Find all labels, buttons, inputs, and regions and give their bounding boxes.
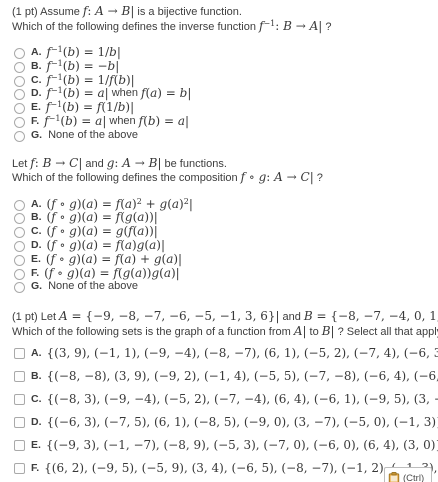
radio-button-G[interactable] [14, 282, 25, 293]
math-expression: f−1(b) = a| [44, 115, 106, 129]
question-3-graph-of-function-statement: (1 pt) LetA = {−9, −8, −7, −6, −5, −1, 3… [10, 310, 438, 339]
option-letter: E. [31, 101, 41, 115]
option-letter: B. [31, 211, 42, 225]
option-letter: F. [31, 461, 39, 475]
math-expression: (f ∘ g)(a) = f(g(a))| [47, 211, 158, 225]
question-3-graph-of-function-option-C: C.{(−8, 3), (−9, −4), (−5, 2), (−7, −4),… [10, 392, 438, 406]
radio-button-D[interactable] [14, 241, 25, 252]
question-1-inverse-function-option-E: E.f−1(b) = f(1/b)| [10, 101, 438, 115]
clipboard-icon [388, 472, 400, 482]
checkbox-B[interactable] [14, 371, 25, 382]
text-fragment: when [112, 87, 138, 101]
statement-line: (1 pt) Assumef: A → B|is a bijective fun… [10, 5, 438, 20]
radio-button-B[interactable] [14, 62, 25, 73]
text-fragment: when [109, 115, 135, 129]
question-1-inverse-function-option-C: C.f−1(b) = 1/f(b)| [10, 74, 438, 88]
statement-line: Which of the following defines the inver… [10, 20, 438, 35]
question-3-graph-of-function-option-B: B.{(−8, −8), (3, 9), (−9, 2), (−1, 4), (… [10, 369, 438, 383]
radio-button-E[interactable] [14, 103, 25, 114]
statement-line: (1 pt) LetA = {−9, −8, −7, −6, −5, −1, 3… [10, 310, 438, 325]
math-expression: f−1(b) = 1/f(b)| [47, 74, 135, 88]
text-fragment: None of the above [48, 280, 138, 294]
math-expression: {(−8, 3), (−9, −4), (−5, 2), (−7, −4), (… [47, 392, 438, 406]
radio-button-F[interactable] [14, 269, 25, 280]
question-3-graph-of-function-option-A: A.{(3, 9), (−1, 1), (−9, −4), (−8, −7), … [10, 346, 438, 360]
question-3-graph-of-function-option-E: E.{(−9, 3), (−1, −7), (−8, 9), (−5, 3), … [10, 438, 438, 452]
question-3-graph-of-function: (1 pt) LetA = {−9, −8, −7, −6, −5, −1, 3… [10, 310, 438, 475]
math-expression: f: B → C| [30, 156, 82, 170]
math-expression: f−1(b) = 1/b| [47, 46, 121, 60]
question-2-composition-option-B: B.(f ∘ g)(a) = f(g(a))| [10, 211, 438, 225]
option-letter: A. [31, 198, 42, 212]
math-expression: (f ∘ g)(a) = f(g(a))g(a)| [44, 267, 180, 281]
question-3-graph-of-function-option-F: F.{(6, 2), (−9, 5), (−5, 9), (3, 4), (−6… [10, 461, 438, 475]
statement-line: Which of the following defines the compo… [10, 171, 438, 186]
option-letter: C. [31, 225, 42, 239]
question-1-inverse-function-option-A: A.f−1(b) = 1/b| [10, 46, 438, 60]
text-fragment: (1 pt) Let [12, 311, 56, 323]
statement-line: Letf: B → C|andg: A → B|be functions. [10, 157, 438, 172]
radio-button-A[interactable] [14, 48, 25, 59]
option-letter: C. [31, 392, 42, 406]
math-expression: f−1: B → A| [259, 19, 322, 33]
text-fragment: to [310, 326, 319, 338]
text-fragment: Which of the following defines the compo… [12, 172, 238, 184]
question-2-composition: Letf: B → C|andg: A → B|be functions.Whi… [10, 157, 438, 295]
radio-button-G[interactable] [14, 131, 25, 142]
radio-button-E[interactable] [14, 255, 25, 266]
checkbox-C[interactable] [14, 394, 25, 405]
math-expression: B = {−8, −7, −4, 0, 1, 2, 3, 4, 5, 9}| [304, 309, 438, 323]
option-letter: E. [31, 253, 41, 267]
text-fragment: Which of the following sets is the graph… [12, 326, 291, 338]
question-1-inverse-function-option-G: G.None of the above [10, 129, 438, 143]
text-fragment: and [283, 311, 301, 323]
option-letter: D. [31, 239, 42, 253]
option-letter: F. [31, 115, 39, 129]
math-expression: (f ∘ g)(a) = f(a) + g(a)| [46, 253, 182, 267]
text-fragment: (1 pt) Assume [12, 6, 80, 18]
paste-options-label: (Ctrl) [403, 473, 424, 482]
question-1-inverse-function: (1 pt) Assumef: A → B|is a bijective fun… [10, 5, 438, 143]
text-fragment: ? Select all that apply. [338, 326, 438, 338]
radio-button-A[interactable] [14, 200, 25, 211]
math-expression: f ∘ g: A → C| [241, 170, 314, 184]
math-expression: A| [294, 324, 307, 338]
question-2-composition-statement: Letf: B → C|andg: A → B|be functions.Whi… [10, 157, 438, 186]
option-letter: E. [31, 438, 41, 452]
text-fragment: None of the above [48, 129, 138, 143]
statement-line: Which of the following sets is the graph… [10, 325, 438, 340]
checkbox-D[interactable] [14, 417, 25, 428]
math-expression: A = {−9, −8, −7, −6, −5, −1, 3, 6}| [59, 309, 279, 323]
radio-button-D[interactable] [14, 89, 25, 100]
math-expression: f−1(b) = −b| [47, 60, 120, 74]
webwork-problem-page: (1 pt) Assumef: A → B|is a bijective fun… [0, 0, 438, 482]
math-expression: {(−6, 3), (−7, 5), (6, 1), (−8, 5), (−9,… [47, 415, 438, 429]
option-letter: A. [31, 346, 42, 360]
paste-options-button[interactable]: (Ctrl) [384, 467, 432, 482]
option-letter: B. [31, 369, 42, 383]
text-fragment: ? [317, 172, 323, 184]
question-2-composition-option-A: A.(f ∘ g)(a) = f(a)2 + g(a)2| [10, 198, 438, 212]
math-expression: g: A → B| [107, 156, 162, 170]
math-expression: f: A → B| [83, 4, 135, 18]
math-expression: {(3, 9), (−1, 1), (−9, −4), (−8, −7), (6… [47, 346, 438, 360]
text-fragment: Which of the following defines the inver… [12, 21, 256, 33]
problems-container: (1 pt) Assumef: A → B|is a bijective fun… [10, 5, 438, 475]
text-fragment: be functions. [165, 158, 227, 170]
text-fragment: Let [12, 158, 27, 170]
math-expression: f(a) = b| [141, 87, 191, 101]
math-expression: f(b) = a| [139, 115, 189, 129]
question-3-graph-of-function-option-D: D.{(−6, 3), (−7, 5), (6, 1), (−8, 5), (−… [10, 415, 438, 429]
option-letter: F. [31, 267, 39, 281]
option-letter: D. [31, 415, 42, 429]
option-letter: G. [31, 129, 42, 143]
text-fragment: is a bijective function. [137, 6, 242, 18]
question-3-graph-of-function-options: A.{(3, 9), (−1, 1), (−9, −4), (−8, −7), … [10, 346, 438, 475]
checkbox-E[interactable] [14, 440, 25, 451]
radio-button-F[interactable] [14, 117, 25, 128]
checkbox-A[interactable] [14, 348, 25, 359]
radio-button-C[interactable] [14, 76, 25, 87]
math-expression: (f ∘ g)(a) = f(a)g(a)| [47, 239, 166, 253]
question-1-inverse-function-statement: (1 pt) Assumef: A → B|is a bijective fun… [10, 5, 438, 34]
question-1-inverse-function-option-B: B.f−1(b) = −b| [10, 60, 438, 74]
checkbox-F[interactable] [14, 463, 25, 474]
math-expression: (f ∘ g)(a) = g(f(a))| [47, 225, 158, 239]
option-letter: A. [31, 46, 42, 60]
option-letter: G. [31, 280, 42, 294]
question-1-inverse-function-options: A.f−1(b) = 1/b|B.f−1(b) = −b|C.f−1(b) = … [10, 46, 438, 143]
math-expression: f−1(b) = f(1/b)| [46, 101, 134, 115]
question-1-inverse-function-option-D: D.f−1(b) = a|whenf(a) = b| [10, 87, 438, 101]
question-2-composition-option-C: C.(f ∘ g)(a) = g(f(a))| [10, 225, 438, 239]
math-expression: B| [322, 324, 335, 338]
option-letter: B. [31, 60, 42, 74]
math-expression: {(6, 2), (−9, 5), (−5, 9), (3, 4), (−6, … [44, 461, 438, 475]
math-expression: {(−8, −8), (3, 9), (−9, 2), (−1, 4), (−5… [47, 369, 438, 383]
text-fragment: and [85, 158, 103, 170]
question-1-inverse-function-option-F: F.f−1(b) = a|whenf(b) = a| [10, 115, 438, 129]
question-2-composition-option-G: G.None of the above [10, 280, 438, 294]
radio-button-C[interactable] [14, 227, 25, 238]
question-2-composition-options: A.(f ∘ g)(a) = f(a)2 + g(a)2|B.(f ∘ g)(a… [10, 198, 438, 295]
math-expression: {(−9, 3), (−1, −7), (−8, 9), (−5, 3), (−… [46, 438, 438, 452]
math-expression: f−1(b) = a| [47, 87, 109, 101]
math-expression: (f ∘ g)(a) = f(a)2 + g(a)2| [47, 198, 193, 212]
question-2-composition-option-E: E.(f ∘ g)(a) = f(a) + g(a)| [10, 253, 438, 267]
question-2-composition-option-D: D.(f ∘ g)(a) = f(a)g(a)| [10, 239, 438, 253]
option-letter: D. [31, 87, 42, 101]
option-letter: C. [31, 74, 42, 88]
text-fragment: ? [325, 21, 331, 33]
question-2-composition-option-F: F.(f ∘ g)(a) = f(g(a))g(a)| [10, 267, 438, 281]
radio-button-B[interactable] [14, 213, 25, 224]
